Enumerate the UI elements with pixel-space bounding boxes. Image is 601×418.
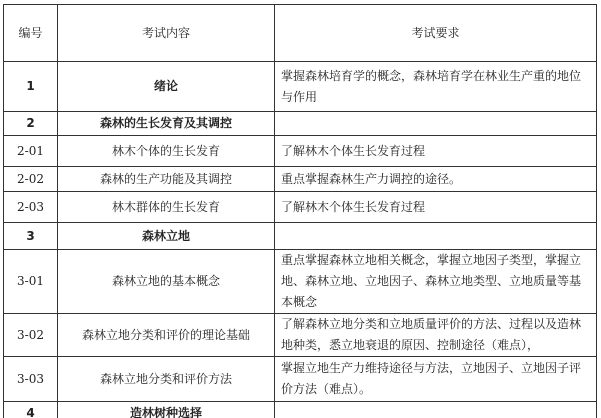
row-requirement bbox=[275, 223, 597, 250]
table-row: 3-03 森林立地分类和评价方法 掌握立地生产力维持途径与方法，立地因子、立地因… bbox=[4, 357, 597, 402]
row-number: 3-01 bbox=[4, 250, 58, 314]
row-requirement: 重点掌握森林立地相关概念，掌握立地因子类型，掌握立地、森林立地、立地因子、森林立… bbox=[275, 250, 597, 314]
row-content: 森林的生产功能及其调控 bbox=[58, 167, 275, 192]
row-number: 2-01 bbox=[4, 136, 58, 167]
row-number: 1 bbox=[4, 62, 58, 112]
table-row: 2 森林的生长发育及其调控 bbox=[4, 112, 597, 136]
table-row: 3-02 森林立地分类和评价的理论基础 了解森林立地分类和立地质量评价的方法、过… bbox=[4, 314, 597, 357]
row-number: 2 bbox=[4, 112, 58, 136]
row-content: 造林树种选择 bbox=[58, 402, 275, 418]
row-number: 2-02 bbox=[4, 167, 58, 192]
row-content: 森林的生长发育及其调控 bbox=[58, 112, 275, 136]
row-requirement bbox=[275, 402, 597, 418]
row-requirement: 了解森林立地分类和立地质量评价的方法、过程以及造林地种类，悉立地衰退的原因、控制… bbox=[275, 314, 597, 357]
row-number: 3 bbox=[4, 223, 58, 250]
header-requirement: 考试要求 bbox=[275, 5, 597, 62]
table-row: 2-02 森林的生产功能及其调控 重点掌握森林生产力调控的途径。 bbox=[4, 167, 597, 192]
table-row: 2-03 林木群体的生长发育 了解林木个体生长发育过程 bbox=[4, 192, 597, 223]
row-number: 3-03 bbox=[4, 357, 58, 402]
table-row: 3-01 森林立地的基本概念 重点掌握森林立地相关概念，掌握立地因子类型，掌握立… bbox=[4, 250, 597, 314]
table-row: 1 绪论 掌握森林培育学的概念，森林培育学在林业生产重的地位与作用 bbox=[4, 62, 597, 112]
table-header-row: 编号 考试内容 考试要求 bbox=[4, 5, 597, 62]
row-requirement: 了解林木个体生长发育过程 bbox=[275, 136, 597, 167]
row-requirement bbox=[275, 112, 597, 136]
row-content: 森林立地分类和评价方法 bbox=[58, 357, 275, 402]
row-requirement: 掌握立地生产力维持途径与方法，立地因子、立地因子评价方法（难点）。 bbox=[275, 357, 597, 402]
row-requirement: 重点掌握森林生产力调控的途径。 bbox=[275, 167, 597, 192]
row-content: 林木群体的生长发育 bbox=[58, 192, 275, 223]
header-content: 考试内容 bbox=[58, 5, 275, 62]
row-content: 森林立地分类和评价的理论基础 bbox=[58, 314, 275, 357]
row-requirement: 了解林木个体生长发育过程 bbox=[275, 192, 597, 223]
row-content: 绪论 bbox=[58, 62, 275, 112]
row-requirement: 掌握森林培育学的概念，森林培育学在林业生产重的地位与作用 bbox=[275, 62, 597, 112]
table-row: 3 森林立地 bbox=[4, 223, 597, 250]
syllabus-table: 编号 考试内容 考试要求 1 绪论 掌握森林培育学的概念，森林培育学在林业生产重… bbox=[3, 4, 597, 418]
table-row: 4 造林树种选择 bbox=[4, 402, 597, 418]
table-row: 2-01 林木个体的生长发育 了解林木个体生长发育过程 bbox=[4, 136, 597, 167]
row-number: 4 bbox=[4, 402, 58, 418]
row-number: 2-03 bbox=[4, 192, 58, 223]
row-content: 森林立地的基本概念 bbox=[58, 250, 275, 314]
row-content: 森林立地 bbox=[58, 223, 275, 250]
row-content: 林木个体的生长发育 bbox=[58, 136, 275, 167]
row-number: 3-02 bbox=[4, 314, 58, 357]
header-number: 编号 bbox=[4, 5, 58, 62]
